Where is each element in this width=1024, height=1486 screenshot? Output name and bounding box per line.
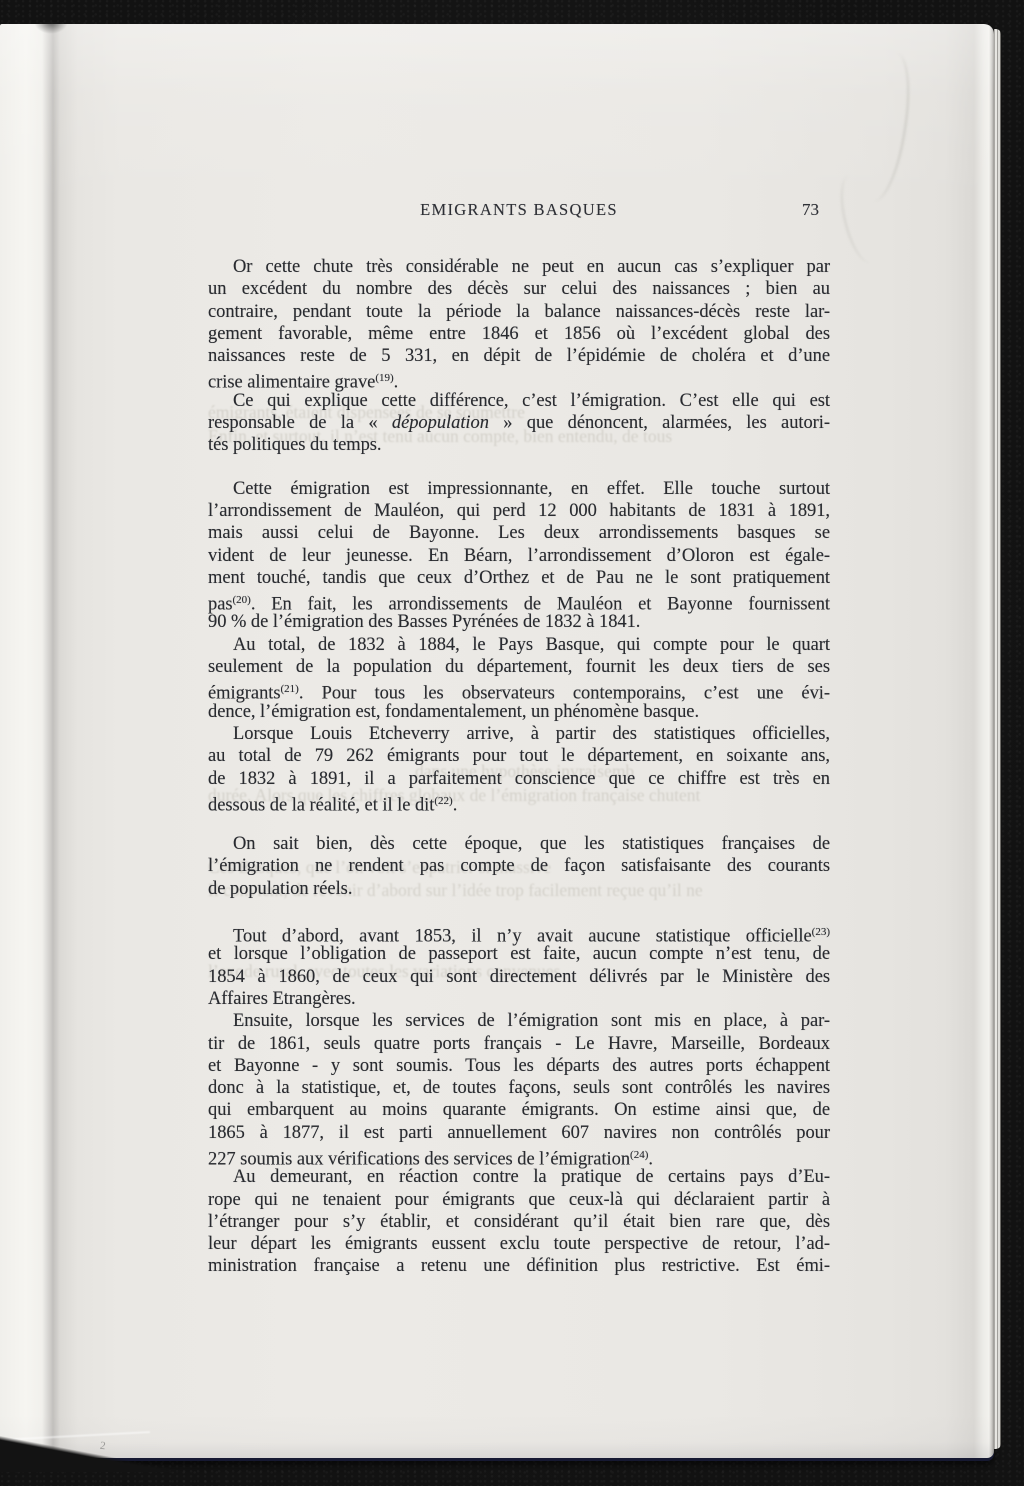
paragraph: Au total, de 1832 à 1884, le Pays Basque…	[208, 634, 830, 723]
text-line: Ensuite, lorsque les services de l’émigr…	[208, 1010, 830, 1032]
text-line: contraire, pendant toute la période la b…	[208, 301, 830, 323]
paragraph: Tout d’abord, avant 1853, il n’y avait a…	[208, 921, 830, 1010]
paragraph: Au demeurant, en réaction contre la prat…	[208, 1166, 830, 1277]
text-line: pas(20). En fait, les arrondissements de…	[208, 589, 830, 611]
text-line: 1854 à 1860, de ceux qui sont directemen…	[208, 966, 830, 988]
text-line: ministration française a retenu une défi…	[208, 1255, 830, 1277]
text-line: seulement de la population du départemen…	[208, 656, 830, 678]
text-line: On sait bien, dès cette époque, que les …	[208, 833, 830, 855]
text-line: l’arrondissement de Mauléon, qui perd 12…	[208, 500, 830, 522]
text-segment: » que dénoncent, alarmées, les autori-	[489, 413, 830, 433]
page-title: EMIGRANTS BASQUES	[208, 200, 830, 220]
page-header: EMIGRANTS BASQUES 73	[208, 200, 830, 222]
text-line: de 1832 à 1891, il a parfaitement consci…	[208, 768, 830, 790]
footnote-reference: (19)	[375, 372, 393, 384]
text-line: crise alimentaire grave(19).	[208, 367, 830, 389]
footnote-reference: (22)	[434, 795, 452, 807]
text-line: Ce qui explique cette différence, c’est …	[208, 390, 830, 412]
paragraph: Ensuite, lorsque les services de l’émigr…	[208, 1010, 830, 1166]
text-line: Cette émigration est impressionnante, en…	[208, 478, 830, 500]
text-line: rope qui ne tenaient pour émigrants que …	[208, 1189, 830, 1211]
text-segment: responsable de la «	[208, 413, 392, 433]
text-segment: dessous de la réalité, et il le dit	[208, 795, 434, 815]
paragraph: Ce qui explique cette différence, c’est …	[208, 390, 830, 457]
text-segment: .	[453, 795, 458, 815]
text-line: et lorsque l’obligation de passeport est…	[208, 943, 830, 965]
text-line: Au demeurant, en réaction contre la prat…	[208, 1166, 830, 1188]
text-line: leur départ les émigrants eussent exclu …	[208, 1233, 830, 1255]
footnote-reference: (23)	[812, 926, 830, 938]
text-line: 1865 à 1877, il est parti annuellement 6…	[208, 1122, 830, 1144]
text-line: émigrants(21). Pour tous les observateur…	[208, 678, 830, 700]
text-line: qui embarquent au moins quarante émigran…	[208, 1099, 830, 1121]
paragraph: On sait bien, dès cette époque, que les …	[208, 833, 830, 900]
footnote-reference: (20)	[233, 594, 251, 606]
paragraph: Lorsque Louis Etcheverry arrive, à parti…	[208, 723, 830, 812]
text-line: un excédent du nombre des décès sur celu…	[208, 278, 830, 300]
footnote-reference: (21)	[281, 683, 299, 695]
text-line: naissances reste de 5 331, en dépit de l…	[208, 345, 830, 367]
text-line: tir de 1861, seuls quatre ports français…	[208, 1033, 830, 1055]
footnote-reference: (24)	[630, 1149, 648, 1161]
text-line: de population réels.	[208, 878, 830, 900]
bottom-page-curl-shadow	[0, 1436, 184, 1472]
text-line: 227 soumis aux vérifications des service…	[208, 1144, 830, 1166]
text-line: Or cette chute très considérable ne peut…	[208, 256, 830, 278]
paragraph: Or cette chute très considérable ne peut…	[208, 256, 830, 390]
text-line: tés politiques du temps.	[208, 434, 830, 456]
text-line: vident de leur jeunesse. En Béarn, l’arr…	[208, 545, 830, 567]
text-line: dessous de la réalité, et il le dit(22).	[208, 790, 830, 812]
text-line: Au total, de 1832 à 1884, le Pays Basque…	[208, 634, 830, 656]
text-line: ment touché, tandis que ceux d’Orthez et…	[208, 567, 830, 589]
text-line: au total de 79 262 émigrants pour tout l…	[208, 745, 830, 767]
text-block: Or cette chute très considérable ne peut…	[208, 256, 830, 1278]
text-line: l’étranger pour s’y établir, et considér…	[208, 1211, 830, 1233]
text-line: et Bayonne - y sont soumis. Tous les dép…	[208, 1055, 830, 1077]
book-page: EMIGRANTS BASQUES 73 émigrants, étaient …	[0, 24, 994, 1458]
text-line: donc à la statistique, et, de toutes faç…	[208, 1077, 830, 1099]
text-line: Lorsque Louis Etcheverry arrive, à parti…	[208, 723, 830, 745]
text-line: responsable de la « dépopulation » que d…	[208, 412, 830, 434]
italic-text: dépopulation	[392, 413, 489, 433]
text-line: gement favorable, même entre 1846 et 185…	[208, 323, 830, 345]
scan-background: EMIGRANTS BASQUES 73 émigrants, étaient …	[0, 0, 1024, 1486]
text-line: Affaires Etrangères.	[208, 988, 830, 1010]
text-line: l’émigration ne rendent pas compte de fa…	[208, 855, 830, 877]
gutter-shadow	[34, 22, 68, 34]
text-line: mais aussi celui de Bayonne. Les deux ar…	[208, 522, 830, 544]
page-number: 73	[802, 200, 819, 220]
text-line: Tout d’abord, avant 1853, il n’y avait a…	[208, 921, 830, 943]
paragraph: Cette émigration est impressionnante, en…	[208, 478, 830, 634]
